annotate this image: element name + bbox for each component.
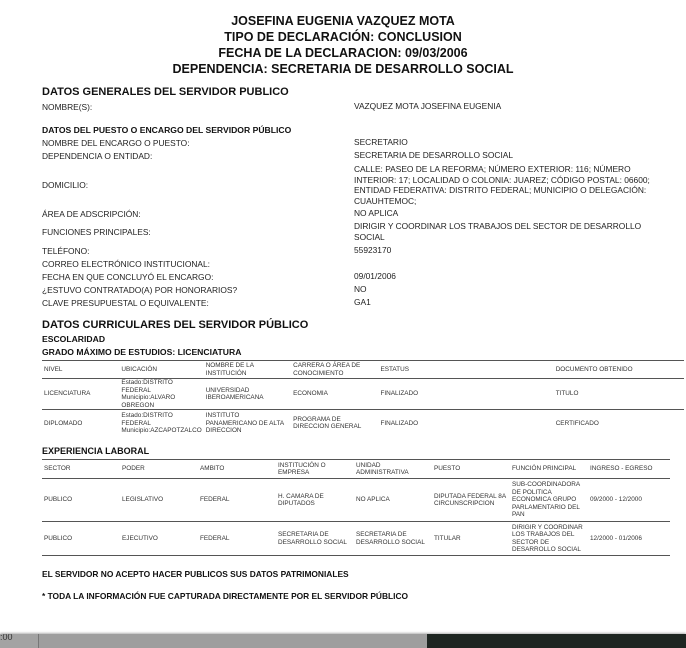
dark-background-region bbox=[427, 634, 686, 648]
table-cell bbox=[465, 410, 553, 437]
document-header: JOSEFINA EUGENIA VAZQUEZ MOTA TIPO DE DE… bbox=[0, 13, 686, 77]
section-title-experiencia: EXPERIENCIA LABORAL bbox=[42, 446, 149, 456]
column-header: DOCUMENTO OBTENIDO bbox=[554, 361, 684, 379]
patrimonial-note: EL SERVIDOR NO ACEPTO HACER PUBLICOS SUS… bbox=[42, 569, 349, 579]
field-value-dependencia: SECRETARIA DE DESARROLLO SOCIAL bbox=[354, 150, 664, 161]
table-cell: Estado:DISTRITO FEDERAL Municipio:ALVARO… bbox=[119, 379, 203, 410]
table-cell: DIPLOMADO bbox=[42, 410, 119, 437]
declaration-document: JOSEFINA EUGENIA VAZQUEZ MOTA TIPO DE DE… bbox=[0, 0, 686, 634]
field-label-puesto: NOMBRE DEL ENCARGO O PUESTO: bbox=[42, 138, 190, 148]
table-cell: FINALIZADO bbox=[378, 379, 465, 410]
capture-note: * TODA LA INFORMACIÓN FUE CAPTURADA DIRE… bbox=[42, 591, 408, 601]
official-name: JOSEFINA EUGENIA VAZQUEZ MOTA bbox=[0, 13, 686, 29]
declaration-date: FECHA DE LA DECLARACION: 09/03/2006 bbox=[0, 45, 686, 61]
table-cell: Estado:DISTRITO FEDERAL Municipio:AZCAPO… bbox=[119, 410, 203, 437]
table-cell: PROGRAMA DE DIRECCION GENERAL bbox=[291, 410, 378, 437]
table-cell: INSTITUTO PANAMERICANO DE ALTA DIRECCION bbox=[204, 410, 291, 437]
table-cell: UNIVERSIDAD IBEROAMERICANA bbox=[204, 379, 291, 410]
column-header: UNIDAD ADMINISTRATIVA bbox=[354, 460, 432, 479]
table-cell: FEDERAL bbox=[198, 479, 276, 522]
escolaridad-title: ESCOLARIDAD bbox=[42, 334, 105, 344]
field-value-puesto: SECRETARIO bbox=[354, 137, 664, 148]
table-cell: LICENCIATURA bbox=[42, 379, 119, 410]
table-cell: FEDERAL bbox=[198, 522, 276, 556]
field-label-honorarios: ¿ESTUVO CONTRATADO(A) POR HONORARIOS? bbox=[42, 285, 237, 295]
table-cell: 12/2000 - 01/2006 bbox=[588, 522, 670, 556]
field-value-clave: GA1 bbox=[354, 297, 664, 308]
column-header: NOMBRE DE LA INSTITUCIÓN bbox=[204, 361, 291, 379]
field-label-fecha-concluyo: FECHA EN QUE CONCLUYÓ EL ENCARGO: bbox=[42, 272, 213, 282]
table-cell: DIRIGIR Y COORDINAR LOS TRABAJOS DEL SEC… bbox=[510, 522, 588, 556]
escolaridad-table: NIVEL UBICACIÓN NOMBRE DE LA INSTITUCIÓN… bbox=[42, 360, 684, 437]
section-title-curriculares: DATOS CURRICULARES DEL SERVIDOR PÚBLICO bbox=[42, 319, 308, 331]
table-cell: PUBLICO bbox=[42, 479, 120, 522]
column-header: INSTITUCIÓN O EMPRESA bbox=[276, 460, 354, 479]
table-row: PUBLICO LEGISLATIVO FEDERAL H. CAMARA DE… bbox=[42, 479, 670, 522]
table-cell: CERTIFICADO bbox=[554, 410, 684, 437]
column-header: UBICACIÓN bbox=[119, 361, 203, 379]
bottom-window-bar: :00 bbox=[0, 634, 686, 648]
field-label-dependencia: DEPENDENCIA O ENTIDAD: bbox=[42, 151, 152, 161]
table-cell: TITULO bbox=[554, 379, 684, 410]
column-header: NIVEL bbox=[42, 361, 119, 379]
table-cell: 09/2000 - 12/2000 bbox=[588, 479, 670, 522]
column-header: PODER bbox=[120, 460, 198, 479]
table-cell bbox=[465, 379, 553, 410]
column-header: SECTOR bbox=[42, 460, 120, 479]
table-header-row: NIVEL UBICACIÓN NOMBRE DE LA INSTITUCIÓN… bbox=[42, 361, 684, 379]
column-header: PUESTO bbox=[432, 460, 510, 479]
nombre-value: VAZQUEZ MOTA JOSEFINA EUGENIA bbox=[354, 101, 664, 112]
table-cell: NO APLICA bbox=[354, 479, 432, 522]
column-header: AMBITO bbox=[198, 460, 276, 479]
table-cell: TITULAR bbox=[432, 522, 510, 556]
column-header: FUNCIÓN PRINCIPAL bbox=[510, 460, 588, 479]
field-value-telefono: 55923170 bbox=[354, 245, 664, 256]
table-row: DIPLOMADO Estado:DISTRITO FEDERAL Munici… bbox=[42, 410, 684, 437]
nombre-label: NOMBRE(S): bbox=[42, 102, 92, 112]
field-value-honorarios: NO bbox=[354, 284, 664, 295]
table-header-row: SECTOR PODER AMBITO INSTITUCIÓN O EMPRES… bbox=[42, 460, 670, 479]
field-label-clave: CLAVE PRESUPUESTAL O EQUIVALENTE: bbox=[42, 298, 209, 308]
field-value-domicilio: CALLE: PASEO DE LA REFORMA; NÚMERO EXTER… bbox=[354, 164, 664, 206]
table-cell: ECONOMIA bbox=[291, 379, 378, 410]
table-row: LICENCIATURA Estado:DISTRITO FEDERAL Mun… bbox=[42, 379, 684, 410]
field-value-fecha-concluyo: 09/01/2006 bbox=[354, 271, 664, 282]
table-cell: SECRETARIA DE DESARROLLO SOCIAL bbox=[354, 522, 432, 556]
table-cell: FINALIZADO bbox=[378, 410, 465, 437]
bottom-left-label: :00 bbox=[0, 634, 39, 648]
field-label-telefono: TELÉFONO: bbox=[42, 246, 89, 256]
section-title-puesto: DATOS DEL PUESTO O ENCARGO DEL SERVIDOR … bbox=[42, 125, 291, 135]
declaration-agency: DEPENDENCIA: SECRETARIA DE DESARROLLO SO… bbox=[0, 61, 686, 77]
table-cell: EJECUTIVO bbox=[120, 522, 198, 556]
column-header: CARRERA O ÁREA DE CONOCIMIENTO bbox=[291, 361, 378, 379]
experiencia-table: SECTOR PODER AMBITO INSTITUCIÓN O EMPRES… bbox=[42, 459, 670, 556]
table-cell: SECRETARIA DE DESARROLLO SOCIAL bbox=[276, 522, 354, 556]
table-cell: LEGISLATIVO bbox=[120, 479, 198, 522]
field-label-correo: CORREO ELECTRÓNICO INSTITUCIONAL: bbox=[42, 259, 210, 269]
column-header bbox=[465, 361, 553, 379]
field-value-adscripcion: NO APLICA bbox=[354, 208, 664, 219]
section-title-generales: DATOS GENERALES DEL SERVIDOR PUBLICO bbox=[42, 86, 289, 98]
field-label-domicilio: DOMICILIO: bbox=[42, 180, 88, 190]
table-row: PUBLICO EJECUTIVO FEDERAL SECRETARIA DE … bbox=[42, 522, 670, 556]
declaration-type: TIPO DE DECLARACIÓN: CONCLUSION bbox=[0, 29, 686, 45]
column-header: ESTATUS bbox=[378, 361, 465, 379]
field-value-funciones: DIRIGIR Y COORDINAR LOS TRABAJOS DEL SEC… bbox=[354, 221, 664, 242]
table-cell: SUB-COORDINADORA DE POLITICA ECONOMICA G… bbox=[510, 479, 588, 522]
table-cell: PUBLICO bbox=[42, 522, 120, 556]
table-cell: DIPUTADA FEDERAL 8A CIRCUNSCRIPCION bbox=[432, 479, 510, 522]
table-cell: H. CAMARA DE DIPUTADOS bbox=[276, 479, 354, 522]
column-header: INGRESO - EGRESO bbox=[588, 460, 670, 479]
field-label-adscripcion: ÁREA DE ADSCRIPCIÓN: bbox=[42, 209, 141, 219]
grado-maximo-title: GRADO MÁXIMO DE ESTUDIOS: LICENCIATURA bbox=[42, 347, 241, 357]
field-label-funciones: FUNCIONES PRINCIPALES: bbox=[42, 227, 151, 237]
